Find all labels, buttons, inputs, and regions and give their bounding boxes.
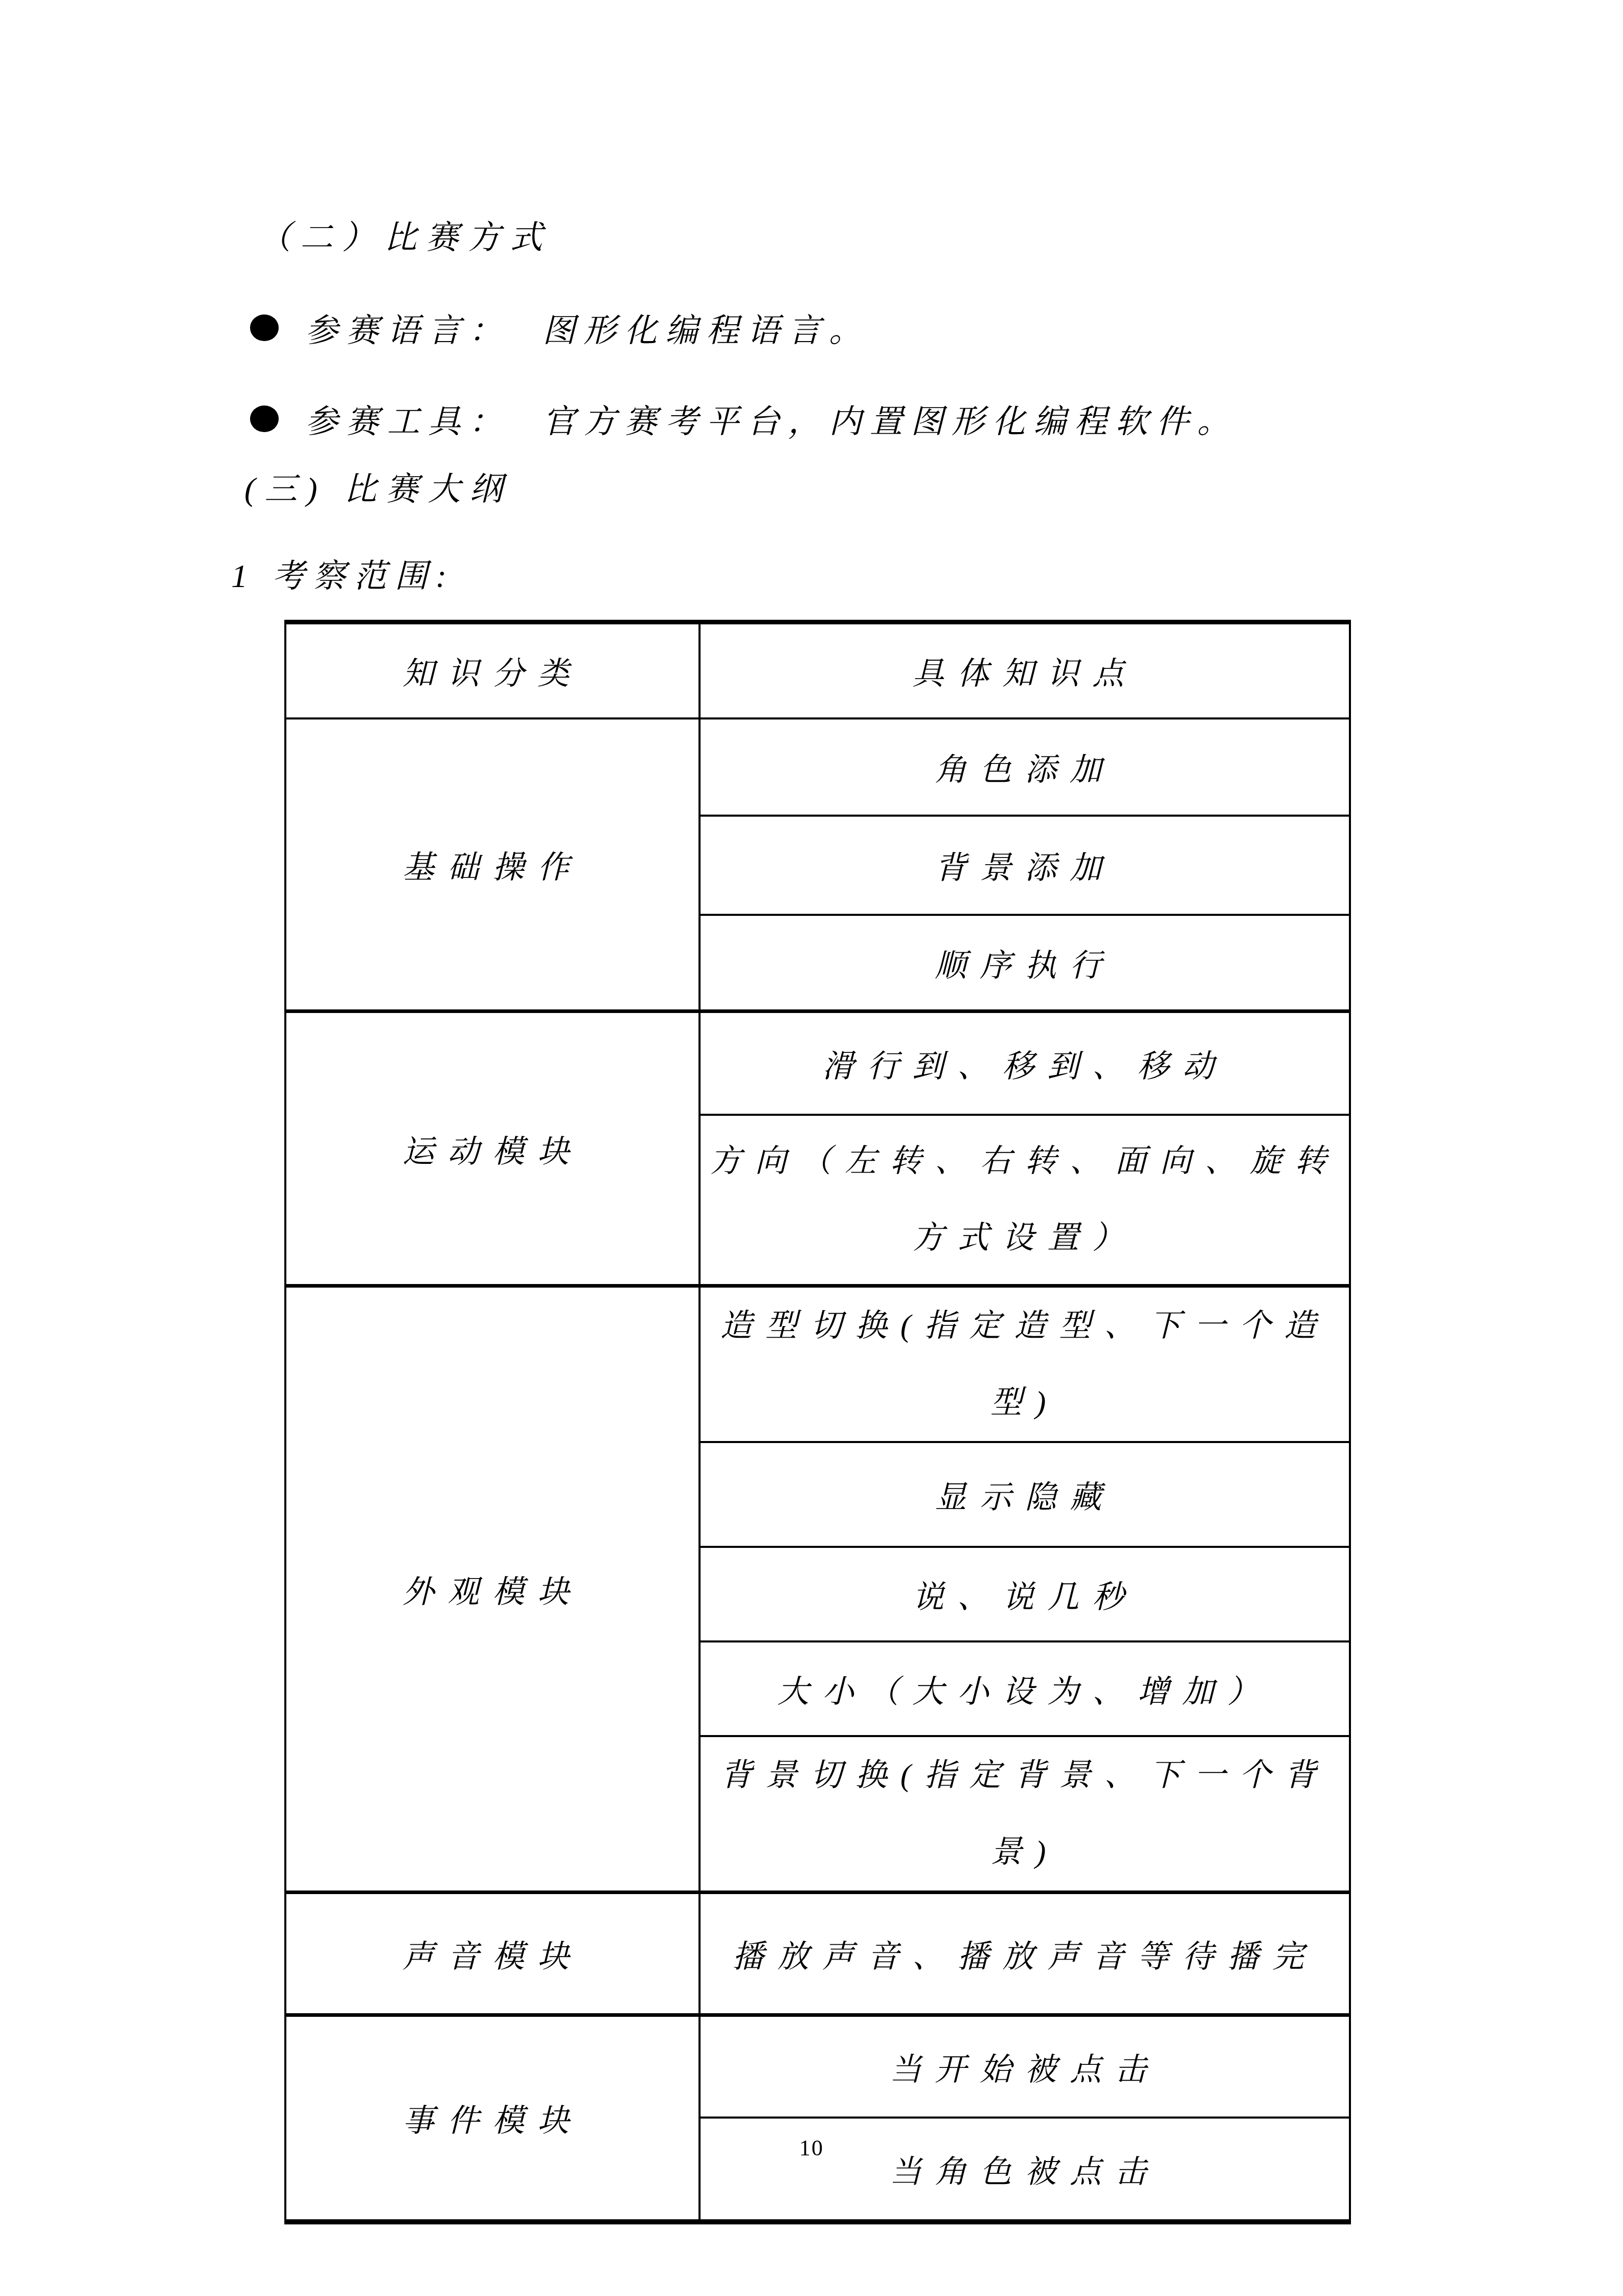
point-cell: 当开始被点击 <box>700 2015 1350 2118</box>
category-cell: 外观模块 <box>285 1286 700 1893</box>
bullet-label: 参赛语言： <box>305 304 510 351</box>
bullet-item-tool: 参赛工具： 官方赛考平台，内置图形化编程软件。 <box>250 396 1238 442</box>
table-row: 声音模块 播放声音、播放声音等待播完 <box>285 1893 1350 2015</box>
table-row: 外观模块 造型切换(指定造型、下一个造型) <box>285 1286 1350 1443</box>
point-cell: 播放声音、播放声音等待播完 <box>700 1893 1350 2015</box>
page-number: 10 <box>0 2135 1623 2161</box>
point-cell: 角色添加 <box>700 718 1350 816</box>
point-cell: 滑行到、移到、移动 <box>700 1011 1350 1115</box>
point-cell: 大小（大小设为、增加） <box>700 1641 1350 1736</box>
category-cell: 声音模块 <box>285 1893 700 2015</box>
bullet-label: 参赛工具： <box>305 395 510 442</box>
document-page: { "headings": { "section2": "（二）比赛方式", "… <box>0 0 1623 2296</box>
category-cell: 基础操作 <box>285 718 700 1011</box>
bullet-item-language: 参赛语言： 图形化编程语言。 <box>250 305 870 351</box>
section-heading-competition-method: （二）比赛方式 <box>258 215 552 261</box>
scope-heading: 1 考察范围: <box>231 553 455 599</box>
knowledge-points-table: 知识分类 具体知识点 基础操作 角色添加 背景添加 顺序执行 运动模块 滑行到、… <box>284 620 1351 2224</box>
category-cell: 事件模块 <box>285 2015 700 2222</box>
point-cell: 当角色被点击 <box>700 2118 1350 2222</box>
point-cell: 造型切换(指定造型、下一个造型) <box>700 1286 1350 1443</box>
table-row: 基础操作 角色添加 <box>285 718 1350 816</box>
section-heading-competition-outline: (三) 比赛大纲 <box>244 466 512 512</box>
point-cell: 顺序执行 <box>700 915 1350 1011</box>
table-header-row: 知识分类 具体知识点 <box>285 622 1350 718</box>
point-cell: 背景添加 <box>700 816 1350 915</box>
bullet-value: 图形化编程语言。 <box>543 304 870 351</box>
bullet-icon <box>250 314 279 341</box>
bullet-icon <box>250 406 279 432</box>
table-row: 运动模块 滑行到、移到、移动 <box>285 1011 1350 1115</box>
category-cell: 运动模块 <box>285 1011 700 1286</box>
bullet-value: 官方赛考平台，内置图形化编程软件。 <box>543 395 1238 442</box>
point-cell: 背景切换(指定背景、下一个背景) <box>700 1736 1350 1893</box>
point-cell: 说、说几秒 <box>700 1547 1350 1641</box>
table-row: 事件模块 当开始被点击 <box>285 2015 1350 2118</box>
point-cell: 方向（左转、右转、面向、旋转方式设置） <box>700 1115 1350 1286</box>
header-cell-category: 知识分类 <box>285 622 700 718</box>
header-cell-points: 具体知识点 <box>700 622 1350 718</box>
point-cell: 显示隐藏 <box>700 1442 1350 1547</box>
